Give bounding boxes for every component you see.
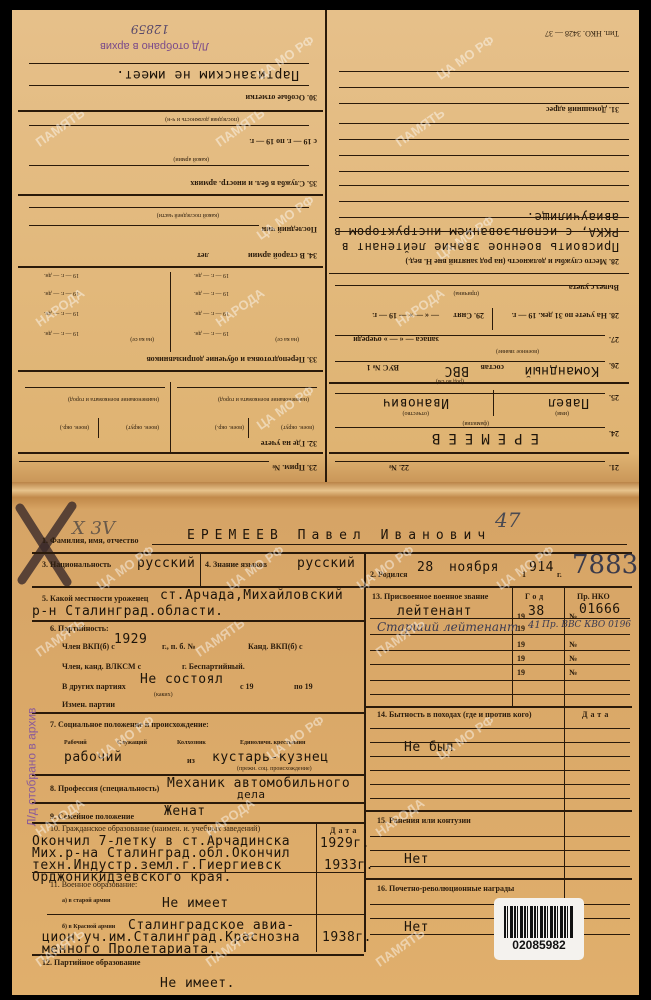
rank-1: лейтенант xyxy=(397,604,472,619)
party-member-since: 1929 xyxy=(114,632,147,647)
barcode-number: 02085982 xyxy=(494,938,584,952)
military-education-old-army: Не имеет xyxy=(162,896,229,911)
first-name-upper: Павел xyxy=(547,395,589,410)
form-code: Тип. НКО. 3428 — 37 xyxy=(545,29,619,38)
cross-out-mark-icon xyxy=(12,500,82,590)
education-date1: 1929г. xyxy=(320,836,370,851)
barcode-label: 02085982 xyxy=(494,898,584,960)
wounds: Нет xyxy=(404,852,429,867)
personnel-category: Командный xyxy=(524,363,599,378)
languages: русский xyxy=(297,556,355,571)
card-number: 7883 xyxy=(572,550,638,580)
registration-card: 21. 22. № 24. ЕРЕМЕЕВ (фамилия) 25. Паве… xyxy=(12,10,639,995)
rank-2-order: Пр. ВВС КВО 0196 xyxy=(542,620,631,630)
birthplace-line1: ст.Арчада,Михайловский xyxy=(160,588,343,603)
birth-month: ноября xyxy=(449,560,499,575)
surname-upper: ЕРЕМЕЕВ xyxy=(424,430,539,446)
vus-number: ВУС № 1 xyxy=(367,363,399,372)
military-education-date: 1938г. xyxy=(322,930,372,945)
rank-2-year: 41 xyxy=(528,620,541,631)
stamp-number: 12859 xyxy=(131,22,169,36)
field-24-label: 24. xyxy=(609,429,619,438)
service-branch: ВВС xyxy=(444,363,469,378)
patronymic-upper: Иванович xyxy=(382,395,449,410)
rank-1-order: 01666 xyxy=(579,602,621,617)
other-parties: Не состоял xyxy=(140,672,223,687)
full-name: ЕРЕМЕЕВ Павел Иванович xyxy=(187,528,491,543)
barcode-icon xyxy=(504,906,574,938)
side-archive-stamp: Л/д отобрано в архив xyxy=(24,708,38,827)
education-date2: 1933г. xyxy=(324,858,374,873)
party-education: Не имеет. xyxy=(160,976,235,991)
birthplace-line2: р-н Сталинград.области. xyxy=(32,604,224,619)
marital-status: Женат xyxy=(164,804,206,819)
field-21-label: 21. xyxy=(609,463,619,472)
handwritten-mark-right: 47 xyxy=(495,508,520,532)
card-back-inverted: 21. 22. № 24. ЕРЕМЕЕВ (фамилия) 25. Паве… xyxy=(12,10,639,482)
birth-day: 28 xyxy=(417,560,434,575)
archive-stamp: Л/д отобрано в архив xyxy=(100,40,209,52)
rank-1-year: 38 xyxy=(528,604,545,619)
field-22-label: 22. № xyxy=(389,463,409,472)
